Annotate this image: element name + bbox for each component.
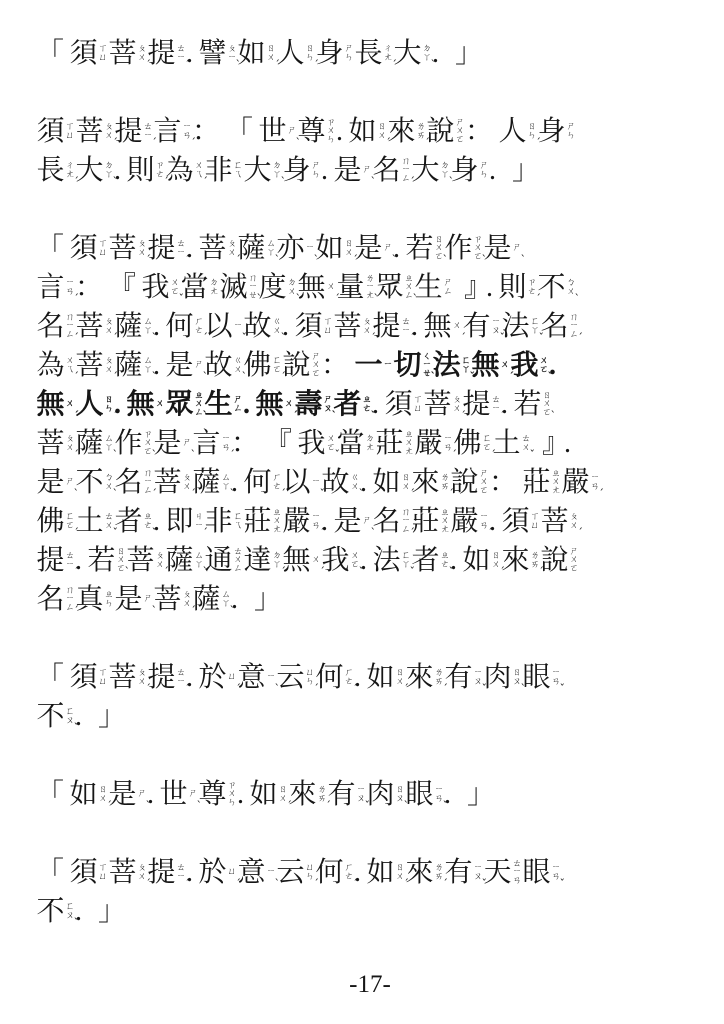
zhuyin-annotation: ㄓㄨㄤ — [404, 429, 414, 459]
tone-mark: ˊ — [281, 567, 287, 576]
hanzi: 壽 — [294, 391, 323, 419]
ruby-char: 天ㄊㄧㄢ — [483, 853, 522, 892]
zhuyin-annotation: ㄇㄧㄥˊ — [401, 507, 411, 537]
punctuation: 」 — [254, 580, 276, 619]
ruby-char: 無ㄨˊ — [255, 385, 294, 424]
tone-mark: ˋ — [521, 255, 527, 264]
tone-mark: ˇ — [365, 801, 371, 810]
hanzi: 眾 — [165, 391, 194, 419]
zhuyin-annotation: ㄩˊ — [227, 663, 237, 693]
ruby-char: 莊ㄓㄨㄤ — [411, 502, 450, 541]
zhuyin-annotation: ㄧㄢˊ — [182, 117, 192, 147]
ruby-char: 眾ㄓㄨㄥˋ — [165, 385, 204, 424]
ruby-char: 是ㄕˋ — [483, 229, 522, 268]
hanzi: 無 — [297, 274, 326, 302]
hanzi: 何 — [315, 859, 344, 887]
hanzi: 無 — [126, 391, 155, 419]
hanzi: 量 — [336, 274, 365, 302]
hanzi: 即 — [165, 508, 194, 536]
zhuyin-annotation: ㄕㄨㄛ — [569, 546, 579, 576]
tone-mark: ˊ — [536, 294, 542, 303]
zhuyin-annotation: ㄧㄢˊ — [221, 429, 231, 459]
zhuyin-letter: ㄣ — [311, 171, 320, 180]
hanzi: 提 — [147, 859, 176, 887]
ruby-char: 名ㄇㄧㄥˊ — [36, 580, 75, 619]
tone-mark: ˇ — [443, 801, 449, 810]
zhuyin-annotation: ㄧˇ — [233, 312, 243, 342]
zhuyin-letter: ㄨ — [155, 400, 164, 409]
tone-mark: ˊ — [185, 684, 191, 693]
tone-mark: ˊ — [113, 333, 119, 342]
zhuyin-annotation: ㄉㄤ — [209, 273, 219, 303]
zhuyin-annotation: ㄖㄨˊ — [266, 39, 276, 69]
hanzi: 須 — [501, 508, 530, 536]
punctuation: 『 — [108, 268, 130, 307]
ruby-char: 是ㄕˋ — [114, 580, 153, 619]
hanzi: 長 — [354, 40, 383, 68]
ruby-char: 提ㄊㄧˊ — [462, 385, 501, 424]
hanzi: 非 — [204, 508, 233, 536]
ruby-char: 無ㄨˊ — [297, 268, 336, 307]
tone-mark: ˇ — [482, 879, 488, 888]
ruby-char: 是ㄕˋ — [108, 775, 147, 814]
tone-mark: ˋ — [551, 411, 557, 420]
zhuyin-annotation: ㄗㄜˊ — [527, 273, 537, 303]
hanzi: 莊 — [375, 430, 404, 458]
zhuyin-letter: ㄣ — [344, 54, 353, 63]
punctuation: 」 — [512, 151, 534, 190]
hanzi: 為 — [165, 157, 194, 185]
hanzi: 世 — [258, 118, 287, 146]
ruby-char: 如ㄖㄨˊ — [462, 541, 501, 580]
zhuyin-annotation: ㄊㄧˊ — [401, 312, 411, 342]
zhuyin-annotation: ㄊㄧˊ — [176, 234, 186, 264]
ruby-char: 以ㄧˇ — [204, 307, 243, 346]
tone-mark: ˇ — [449, 567, 455, 576]
zhuyin-annotation: ㄈㄡˇ — [65, 897, 75, 927]
ruby-char: 故ㄍㄨˋ — [243, 307, 282, 346]
tone-mark: ˊ — [320, 567, 326, 576]
tone-mark: ˊ — [314, 60, 320, 69]
zhuyin-letter: ㄥ — [443, 288, 452, 297]
ruby-char: 提ㄊㄧˊ — [147, 853, 186, 892]
hanzi: 故 — [243, 313, 272, 341]
hanzi: 何 — [315, 664, 344, 692]
hanzi: 薩 — [75, 430, 104, 458]
tone-mark: ˋ — [230, 489, 236, 498]
zhuyin-annotation: ㄏㄜˊ — [194, 312, 204, 342]
ruby-char: 何ㄏㄜˊ — [243, 463, 282, 502]
tone-mark: ˊ — [449, 489, 455, 498]
zhuyin-letter: ㄩ — [413, 405, 422, 414]
zhuyin-annotation: ㄊㄧˊ — [65, 546, 75, 576]
tone-mark: ˊ — [353, 255, 359, 264]
zhuyin-annotation: ㄌㄞˊ — [317, 780, 327, 810]
zhuyin-letter: ㄛ — [455, 136, 464, 145]
ruby-char: 菩ㄆㄨˊ — [108, 34, 147, 73]
zhuyin-annotation: ㄉㄚˋ — [422, 39, 432, 69]
ruby-char: 如ㄖㄨˊ — [366, 658, 405, 697]
zhuyin-annotation: ㄨˊ — [500, 351, 510, 381]
ruby-char: 世ㄕˋ — [258, 112, 297, 151]
hanzi: 於 — [198, 664, 227, 692]
hanzi: 菩 — [36, 430, 65, 458]
hanzi: 菩 — [75, 313, 104, 341]
punctuation: . — [237, 775, 249, 814]
tone-mark: ˊ — [113, 411, 119, 420]
ruby-char: 即ㄐㄧˊ — [165, 502, 204, 541]
hanzi: 莊 — [411, 508, 440, 536]
ruby-char: 是ㄕˋ — [36, 463, 75, 502]
zhuyin-annotation: ㄧˋ — [305, 234, 315, 264]
tone-mark: ˊ — [443, 879, 449, 888]
hanzi: 是 — [108, 781, 137, 809]
tone-mark: ˋ — [431, 60, 437, 69]
ruby-char: 壽ㄕㄡˋ — [294, 385, 333, 424]
ruby-char: 菩ㄆㄨˊ — [36, 424, 75, 463]
tone-mark: ˋ — [191, 450, 197, 459]
tone-mark: ˊ — [74, 411, 80, 420]
text-line: 名ㄇㄧㄥˊ真ㄓㄣ是ㄕˋ菩ㄆㄨˊ薩ㄙㄚˋ.」 — [36, 580, 704, 619]
hanzi: 菩 — [75, 118, 104, 146]
hanzi: 則 — [126, 157, 155, 185]
hanzi: 來 — [501, 547, 530, 575]
zhuyin-annotation: ㄕˋ — [362, 507, 372, 537]
ruby-char: 薩ㄙㄚˋ — [114, 307, 153, 346]
tone-mark: ˋ — [392, 255, 398, 264]
ruby-char: 眼ㄧㄢˇ — [522, 658, 561, 697]
ruby-char: 菩ㄆㄨˊ — [153, 580, 192, 619]
tone-mark: ˇ — [560, 879, 566, 888]
hanzi: 眾 — [375, 274, 404, 302]
hanzi: 菩 — [108, 235, 137, 263]
zhuyin-annotation: ㄙㄚˋ — [143, 351, 153, 381]
hanzi: 如 — [69, 781, 98, 809]
zhuyin-annotation: ㄊㄧˊ — [176, 39, 186, 69]
zhuyin-annotation: ㄈㄟ — [233, 156, 243, 186]
zhuyin-annotation: ㄖㄨˊ — [98, 780, 108, 810]
tone-mark: ˋ — [281, 177, 287, 186]
tone-mark: ˋ — [152, 606, 158, 615]
hanzi: 當 — [336, 430, 365, 458]
zhuyin-annotation: ㄏㄜˊ — [272, 468, 282, 498]
tone-mark: ˊ — [185, 879, 191, 888]
zhuyin-letter: ㄤ — [404, 448, 413, 457]
paragraph: 須ㄒㄩ菩ㄆㄨˊ提ㄊㄧˊ言ㄧㄢˊ：「世ㄕˋ尊ㄗㄨㄣ.如ㄖㄨˊ來ㄌㄞˊ說ㄕㄨㄛ：人ㄖ… — [36, 112, 704, 190]
zhuyin-letter: ㄕ — [194, 361, 203, 370]
zhuyin-annotation: ㄍㄨˋ — [350, 468, 360, 498]
tone-mark: ˇ — [113, 528, 119, 537]
ruby-char: 生ㄕㄥ — [414, 268, 453, 307]
tone-mark: ˇ — [482, 684, 488, 693]
tone-mark: ˊ — [287, 801, 293, 810]
ruby-char: 身ㄕㄣ — [537, 112, 576, 151]
ruby-char: 生ㄕㄥ — [204, 385, 243, 424]
ruby-char: 度ㄉㄨˋ — [258, 268, 297, 307]
tone-mark: ˇ — [560, 684, 566, 693]
zhuyin-letter: ㄧ — [311, 478, 320, 487]
hanzi: 須 — [69, 40, 98, 68]
zhuyin-letter: ㄨ — [326, 283, 335, 292]
ruby-char: 非ㄈㄟ — [204, 151, 243, 190]
tone-mark: ˊ — [461, 333, 467, 342]
hanzi: 提 — [147, 664, 176, 692]
ruby-char: 言ㄧㄢˊ — [153, 112, 192, 151]
hanzi: 肉 — [483, 664, 512, 692]
hanzi: 嚴 — [450, 508, 479, 536]
hanzi: 我 — [297, 430, 326, 458]
zhuyin-annotation: ㄓㄜˇ — [362, 390, 372, 420]
zhuyin-annotation: ㄧㄢˇ — [551, 858, 561, 888]
tone-mark: ˋ — [275, 684, 281, 693]
ruby-char: 須ㄒㄩ — [69, 229, 108, 268]
zhuyin-annotation: ㄓㄨㄤ — [272, 507, 282, 537]
zhuyin-annotation: ㄕˋ — [137, 780, 147, 810]
tone-mark: ˊ — [443, 684, 449, 693]
hanzi: 須 — [69, 859, 98, 887]
zhuyin-annotation: ㄈㄚˇ — [401, 546, 411, 576]
ruby-char: 土ㄊㄨˇ — [492, 424, 531, 463]
punctuation: 」 — [98, 892, 120, 931]
tone-mark: ˋ — [152, 372, 158, 381]
tone-mark: ˋ — [203, 567, 209, 576]
tone-mark: ˊ — [230, 450, 236, 459]
tone-mark: ˊ — [146, 60, 152, 69]
hanzi: 菩 — [198, 235, 227, 263]
ruby-char: 提ㄊㄧˊ — [114, 112, 153, 151]
hanzi: 我 — [321, 547, 350, 575]
tone-mark: ˋ — [374, 294, 380, 303]
hanzi: 提 — [462, 391, 491, 419]
zhuyin-annotation: ㄖㄡˋ — [395, 780, 405, 810]
hanzi: 生 — [414, 274, 443, 302]
ruby-char: 意ㄧˋ — [237, 853, 276, 892]
hanzi: 言 — [153, 118, 182, 146]
ruby-char: 薩ㄙㄚˋ — [165, 541, 204, 580]
hanzi: 無 — [423, 313, 452, 341]
ruby-char: 名ㄇㄧㄥˊ — [36, 307, 75, 346]
hanzi: 無 — [255, 391, 284, 419]
zhuyin-annotation: ㄧㄢˊ — [443, 429, 453, 459]
zhuyin-annotation: ㄖㄨˊ — [395, 858, 405, 888]
zhuyin-letter: ㄣ — [479, 171, 488, 180]
punctuation: 「 — [36, 658, 58, 697]
tone-mark: ˋ — [236, 60, 242, 69]
zhuyin-annotation: ㄇㄧㄥˊ — [569, 312, 579, 342]
tone-mark: ˋ — [431, 372, 437, 381]
zhuyin-annotation: ㄕˋ — [182, 429, 192, 459]
zhuyin-letter: ㄩ — [323, 327, 332, 336]
tone-mark: ˋ — [152, 450, 158, 459]
zhuyin-annotation: ㄅㄨˋ — [566, 273, 576, 303]
tone-mark: ˊ — [539, 567, 545, 576]
hanzi: 提 — [372, 313, 401, 341]
ruby-char: 名ㄇㄧㄥˊ — [372, 151, 411, 190]
tone-mark: ˋ — [230, 606, 236, 615]
tone-mark: ˋ — [575, 294, 581, 303]
ruby-char: 為ㄨㄟˊ — [36, 346, 75, 385]
zhuyin-annotation: ㄕˋ — [194, 351, 204, 381]
zhuyin-annotation: ㄆㄨˊ — [362, 312, 372, 342]
hanzi: 一 — [354, 352, 383, 380]
ruby-char: 通ㄊㄨㄥ — [204, 541, 243, 580]
zhuyin-letter: ㄤ — [440, 526, 449, 535]
tone-mark: ˊ — [236, 879, 242, 888]
ruby-char: 須ㄒㄩ — [384, 385, 423, 424]
zhuyin-annotation: ㄆㄨˊ — [104, 351, 114, 381]
tone-mark: ˊ — [599, 489, 605, 498]
ruby-char: 不ㄅㄨˋ — [537, 268, 576, 307]
tone-mark: ˋ — [371, 177, 377, 186]
hanzi: 薩 — [114, 352, 143, 380]
tone-mark: ˇ — [179, 294, 185, 303]
ruby-char: 如ㄖㄨˊ — [315, 229, 354, 268]
tone-mark: ˊ — [74, 294, 80, 303]
tone-mark: ˊ — [152, 138, 158, 147]
hanzi: 提 — [147, 235, 176, 263]
zhuyin-letter: ㄟ — [233, 171, 242, 180]
zhuyin-annotation: ㄩˊ — [227, 858, 237, 888]
zhuyin-annotation: ㄨˊ — [284, 390, 294, 420]
hanzi: 薩 — [237, 235, 266, 263]
zhuyin-annotation: ㄨㄟˊ — [194, 156, 204, 186]
hanzi: 云 — [276, 664, 305, 692]
text-line: 是ㄕˋ不ㄅㄨˋ名ㄇㄧㄥˊ菩ㄆㄨˊ薩ㄙㄚˋ.何ㄏㄜˊ以ㄧˇ故ㄍㄨˋ.如ㄖㄨˊ來ㄌㄞ… — [36, 463, 704, 502]
zhuyin-letter: ㄛ — [479, 487, 488, 496]
zhuyin-annotation: ㄙㄚˋ — [266, 234, 276, 264]
hanzi: 有 — [462, 313, 491, 341]
hanzi: 譬 — [198, 40, 227, 68]
ruby-char: 以ㄧˇ — [282, 463, 321, 502]
hanzi: 若 — [513, 391, 542, 419]
zhuyin-annotation: ㄓㄨㄥˋ — [404, 273, 414, 303]
hanzi: 作 — [444, 235, 473, 263]
punctuation: 『 — [264, 424, 286, 463]
ruby-char: 真ㄓㄣ — [75, 580, 114, 619]
ruby-char: 菩ㄆㄨˊ — [126, 541, 165, 580]
tone-mark: ˇ — [152, 528, 158, 537]
zhuyin-annotation: ㄈㄚˇ — [461, 351, 471, 381]
tone-mark: ˊ — [578, 333, 584, 342]
hanzi: 說 — [450, 469, 479, 497]
zhuyin-annotation: ㄈㄚˇ — [530, 312, 540, 342]
hanzi: 者 — [114, 508, 143, 536]
tone-mark: ˊ — [275, 60, 281, 69]
zhuyin-annotation: ㄓㄨㄤ — [440, 507, 450, 537]
ruby-char: 云ㄩㄣˊ — [276, 658, 315, 697]
tone-mark: ˊ — [191, 489, 197, 498]
hanzi: 名 — [36, 313, 65, 341]
hanzi: 滅 — [219, 274, 248, 302]
zhuyin-letter: ㄨ — [284, 400, 293, 409]
hanzi: 說 — [426, 118, 455, 146]
ruby-char: 菩ㄆㄨˊ — [423, 385, 462, 424]
zhuyin-letter: ㄩ — [98, 678, 107, 687]
zhuyin-annotation: ㄖㄨㄛˋ — [434, 234, 444, 264]
ruby-char: 如ㄖㄨˊ — [249, 775, 288, 814]
ruby-char: 非ㄈㄟ — [204, 502, 243, 541]
tone-mark: ˊ — [491, 450, 497, 459]
hanzi: 尊 — [198, 781, 227, 809]
zhuyin-letter: ㄤ — [272, 526, 281, 535]
ruby-char: 何ㄏㄜˊ — [165, 307, 204, 346]
ruby-char: 佛ㄈㄛˊ — [243, 346, 282, 385]
ruby-char: 來ㄌㄞˊ — [405, 853, 444, 892]
punctuation: . — [489, 151, 501, 190]
zhuyin-letter: ㄕ — [512, 244, 521, 253]
zhuyin-annotation: ㄒㄩ — [323, 312, 333, 342]
hanzi: 何 — [243, 469, 272, 497]
hanzi: 如 — [372, 469, 401, 497]
text-line: 不ㄈㄡˇ.」 — [36, 697, 704, 736]
hanzi: 作 — [114, 430, 143, 458]
zhuyin-letter: ㄟ — [233, 522, 242, 531]
ruby-char: 大ㄉㄚˋ — [75, 151, 114, 190]
tone-mark: ˊ — [191, 138, 197, 147]
ruby-char: 達ㄉㄚˊ — [243, 541, 282, 580]
ruby-char: 者ㄓㄜˇ — [333, 385, 372, 424]
ruby-char: 法ㄈㄚˇ — [501, 307, 540, 346]
hanzi: 薩 — [114, 313, 143, 341]
zhuyin-annotation: ㄕㄨㄛ — [479, 468, 489, 498]
zhuyin-letter: ㄕ — [188, 790, 197, 799]
ruby-char: 如ㄖㄨˊ — [366, 853, 405, 892]
tone-mark: ˊ — [578, 528, 584, 537]
zhuyin-letter: ㄕ — [182, 439, 191, 448]
ruby-char: 有ㄧㄡˇ — [444, 853, 483, 892]
ruby-char: 是ㄕˋ — [354, 229, 393, 268]
zhuyin-annotation: ㄗㄨㄛˋ — [473, 234, 483, 264]
zhuyin-annotation: ㄉㄚˋ — [104, 156, 114, 186]
tone-mark: ˊ — [404, 879, 410, 888]
hanzi: 者 — [333, 391, 362, 419]
ruby-char: 菩ㄆㄨˊ — [75, 307, 114, 346]
hanzi: 來 — [288, 781, 317, 809]
hanzi: 於 — [198, 859, 227, 887]
hanzi: 名 — [372, 157, 401, 185]
hanzi: 眼 — [405, 781, 434, 809]
ruby-char: 菩ㄆㄨˊ — [153, 463, 192, 502]
punctuation: . — [243, 385, 255, 424]
tone-mark: ˊ — [113, 138, 119, 147]
text-line: 無ㄨˊ人ㄖㄣˊ.無ㄨˊ眾ㄓㄨㄥˋ生ㄕㄥ.無ㄨˊ壽ㄕㄡˋ者ㄓㄜˇ.須ㄒㄩ菩ㄆㄨˊ提… — [36, 385, 704, 424]
zhuyin-annotation: ㄒㄩ — [65, 117, 75, 147]
zhuyin-annotation: ㄙㄚˋ — [194, 546, 204, 576]
ruby-char: 一ㄧ — [354, 346, 393, 385]
ruby-char: 如ㄖㄨˊ — [372, 463, 411, 502]
hanzi: 法 — [372, 547, 401, 575]
zhuyin-letter: ㄥ — [233, 405, 242, 414]
hanzi: 菩 — [108, 859, 137, 887]
ruby-char: 量ㄌㄧㄤˋ — [336, 268, 375, 307]
text-line: 菩ㄆㄨˊ薩ㄙㄚˋ作ㄗㄨㄛˋ是ㄕˋ言ㄧㄢˊ：『我ㄨㄛˇ當ㄉㄤ莊ㄓㄨㄤ嚴ㄧㄢˊ佛ㄈㄛ… — [36, 424, 704, 463]
zhuyin-annotation: ㄓㄨㄤ — [551, 468, 561, 498]
punctuation: . — [321, 151, 333, 190]
tone-mark: ˊ — [410, 333, 416, 342]
zhuyin-annotation: ㄧㄡˇ — [491, 312, 501, 342]
hanzi: 真 — [75, 586, 104, 614]
zhuyin-letter: ㄩ — [98, 54, 107, 63]
text-line: 「須ㄒㄩ菩ㄆㄨˊ提ㄊㄧˊ.於ㄩˊ意ㄧˋ云ㄩㄣˊ何ㄏㄜˊ.如ㄖㄨˊ來ㄌㄞˊ有ㄧㄡˇ… — [36, 658, 704, 697]
punctuation: 」 — [455, 34, 477, 73]
ruby-char: 則ㄗㄜˊ — [498, 268, 537, 307]
hanzi: 無 — [471, 352, 500, 380]
hanzi: 長 — [36, 157, 65, 185]
tone-mark: ˊ — [404, 684, 410, 693]
zhuyin-annotation: ㄆㄨˊ — [227, 234, 237, 264]
tone-mark: ˊ — [185, 255, 191, 264]
tone-mark: ˋ — [521, 684, 527, 693]
